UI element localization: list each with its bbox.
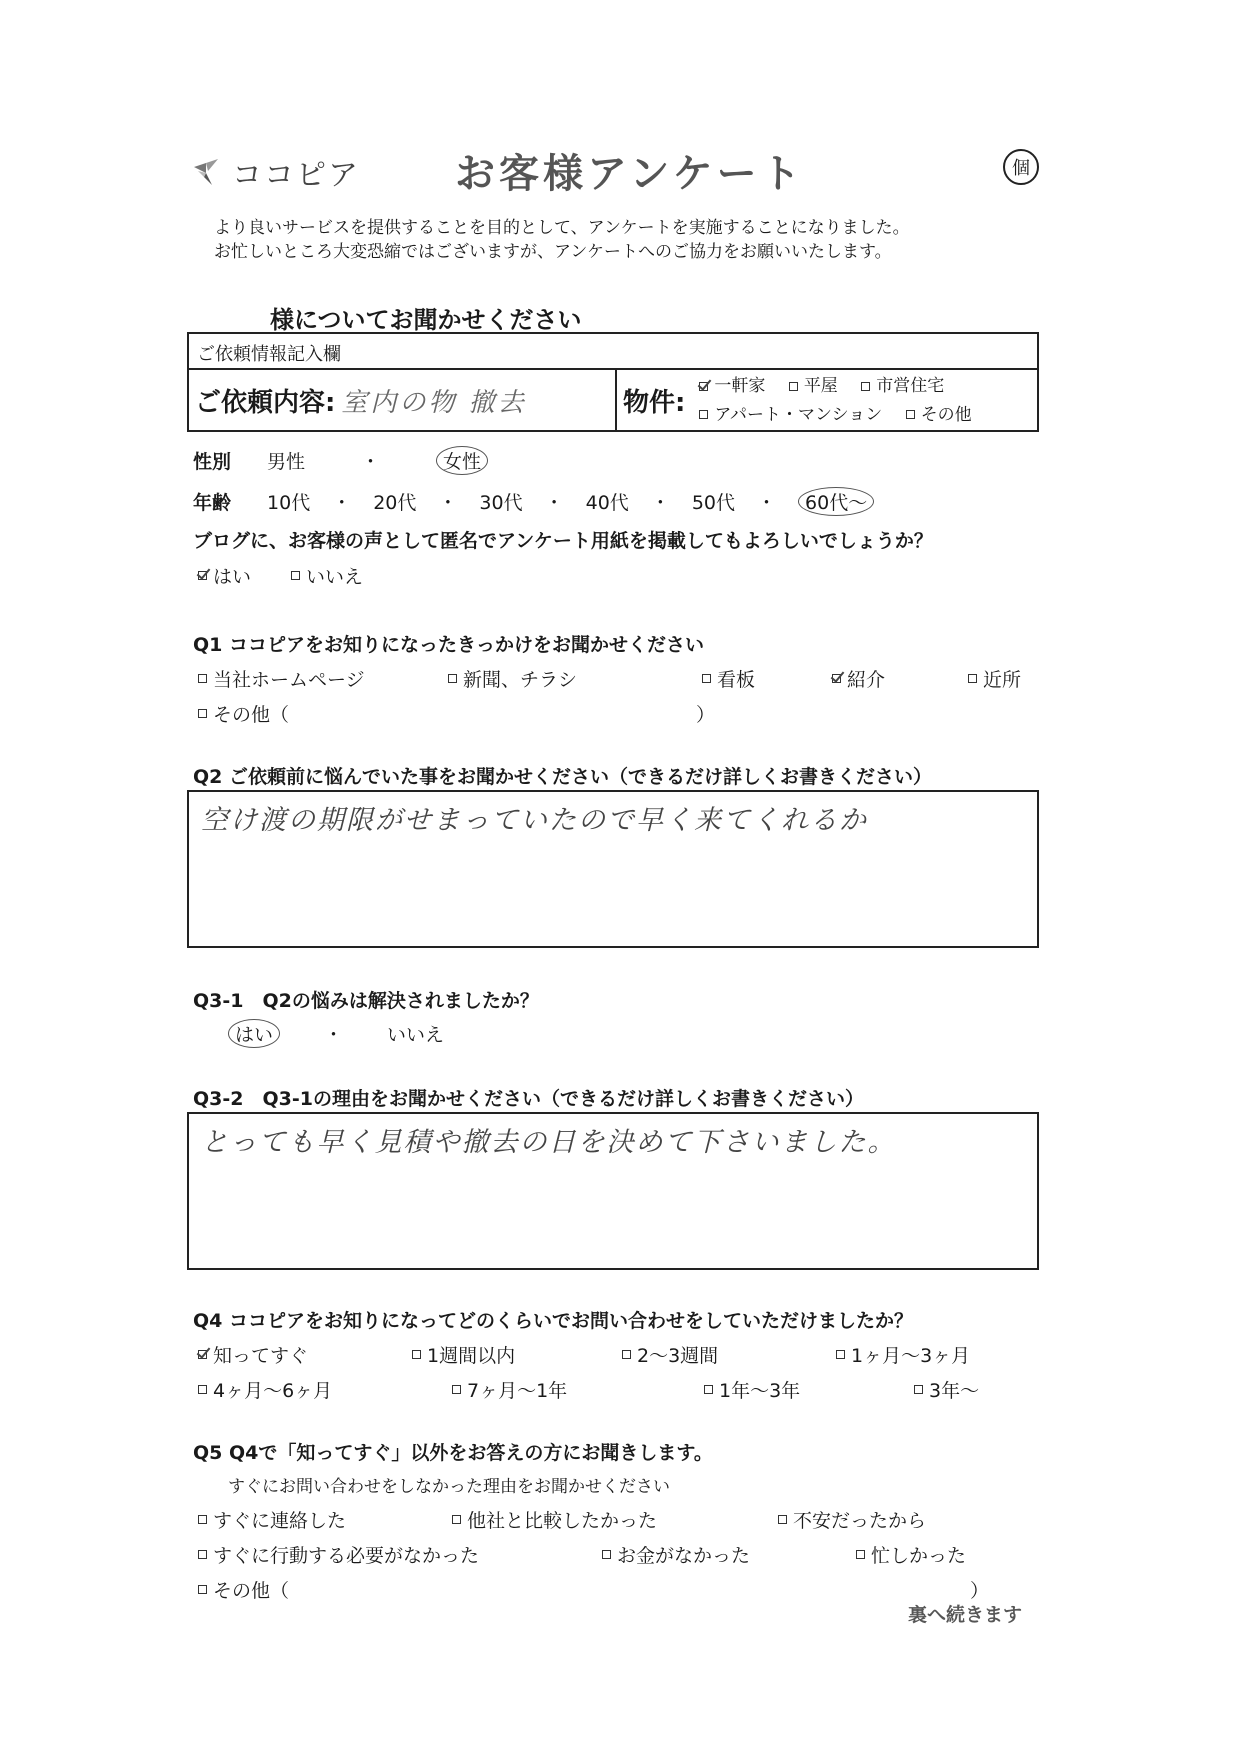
page-title: お客様アンケート — [455, 142, 805, 199]
q3-1-option-yes[interactable]: はい — [228, 1019, 280, 1048]
blog-consent-options: はい いいえ — [198, 562, 381, 589]
q5-options-row3: その他（ ） — [198, 1576, 989, 1603]
q4-options-row1: 知ってすぐ 1週間以内 2～3週間 1ヶ月～3ヶ月 — [198, 1341, 988, 1368]
gender-label: 性別 — [193, 447, 231, 474]
checkbox-icon[interactable] — [198, 709, 207, 718]
checkbox-icon[interactable] — [602, 1550, 611, 1559]
q5-option-anxious[interactable]: 不安だったから — [778, 1506, 926, 1533]
q5-option-other[interactable]: その他（ — [198, 1576, 952, 1603]
section-heading: 様についてお聞かせください — [270, 300, 582, 335]
property-option-other[interactable]: その他 — [906, 401, 972, 429]
blog-consent-no[interactable]: いいえ — [291, 562, 363, 589]
q5-question: Q5 Q4で「知ってすぐ」以外をお答えの方にお聞きします。 — [193, 1438, 713, 1465]
checkbox-icon[interactable] — [836, 1350, 845, 1359]
q1-option-neighborhood[interactable]: 近所 — [968, 665, 1021, 692]
checkbox-icon[interactable] — [704, 1385, 713, 1394]
q4-option-4-6-months[interactable]: 4ヶ月～6ヶ月 — [198, 1376, 434, 1403]
property-option-apartment[interactable]: アパート・マンション — [699, 401, 882, 429]
checkbox-checked-icon[interactable] — [699, 382, 708, 391]
checkbox-icon[interactable] — [906, 410, 915, 419]
request-label: ご依頼内容: — [195, 382, 335, 419]
request-info-table: ご依頼情報記入欄 ご依頼内容: 室内の物 撤去 物件: 一軒家 平屋 市営住宅 … — [187, 332, 1039, 432]
q2-answer-box[interactable]: 空け渡の期限がせまっていたので早く来てくれるか — [187, 790, 1039, 948]
intro-text: より良いサービスを提供することを目的として、アンケートを実施することになりました… — [214, 216, 910, 264]
q1-options-row2: その他（ ） — [198, 700, 715, 727]
q5-option-compare-companies[interactable]: 他社と比較したかった — [452, 1506, 760, 1533]
continue-on-back: 裏へ続きます — [908, 1600, 1022, 1627]
property-option-municipal[interactable]: 市営住宅 — [861, 372, 944, 400]
q2-answer: 空け渡の期限がせまっていたので早く来てくれるか — [201, 798, 1025, 837]
q5-option-contacted-immediately[interactable]: すぐに連絡した — [198, 1506, 434, 1533]
info-header: ご依頼情報記入欄 — [189, 334, 1037, 370]
checkbox-icon[interactable] — [968, 674, 977, 683]
logo-text: ココピア — [232, 150, 360, 194]
checkbox-icon[interactable] — [789, 382, 798, 391]
blog-consent-question: ブログに、お客様の声として匿名でアンケート用紙を掲載してもよろしいでしょうか？ — [193, 526, 933, 553]
checkbox-icon[interactable] — [291, 571, 300, 580]
checkbox-icon[interactable] — [198, 1550, 207, 1559]
q4-option-within-week[interactable]: 1週間以内 — [412, 1341, 604, 1368]
q4-options-row2: 4ヶ月～6ヶ月 7ヶ月～1年 1年～3年 3年～ — [198, 1376, 997, 1403]
q1-option-referral[interactable]: 紹介 — [832, 665, 950, 692]
q4-option-immediately[interactable]: 知ってすぐ — [198, 1341, 394, 1368]
q5-option-no-money[interactable]: お金がなかった — [602, 1541, 838, 1568]
request-value[interactable]: 室内の物 撤去 — [341, 382, 526, 419]
intro-line-2: お忙しいところ大変恐縮ではございますが、アンケートへのご協力をお願いいたします。 — [214, 240, 910, 264]
checkbox-icon[interactable] — [448, 674, 457, 683]
age-row: 年齢 10代 ・ 20代 ・ 30代 ・ 40代 ・ 50代 ・ 60代～ — [193, 487, 874, 516]
q4-option-1-3-years[interactable]: 1年～3年 — [704, 1376, 896, 1403]
q5-other-close: ） — [970, 1576, 989, 1603]
checkbox-checked-icon[interactable] — [832, 674, 841, 683]
q1-option-signboard[interactable]: 看板 — [702, 665, 814, 692]
checkbox-icon[interactable] — [622, 1350, 631, 1359]
property-option-single-story[interactable]: 平屋 — [789, 372, 838, 400]
q3-2-question: Q3-2 Q3-1の理由をお聞かせください（できるだけ詳しくお書きください） — [193, 1084, 864, 1111]
checkbox-icon[interactable] — [861, 382, 870, 391]
age-option-10s[interactable]: 10代 — [267, 488, 310, 515]
q1-other-close: ） — [696, 700, 715, 727]
q4-question: Q4 ココピアをお知りになってどのくらいでお問い合わせをしていただけましたか？ — [193, 1306, 913, 1333]
checkbox-icon[interactable] — [702, 674, 711, 683]
q3-1-option-no[interactable]: いいえ — [387, 1020, 444, 1047]
gender-row: 性別 男性 ・ 女性 — [193, 446, 488, 475]
age-option-60s-plus[interactable]: 60代～ — [798, 487, 874, 516]
q3-1-question: Q3-1 Q2の悩みは解決されましたか？ — [193, 986, 539, 1013]
bird-logo-icon — [192, 157, 226, 187]
q1-option-newspaper[interactable]: 新聞、チラシ — [448, 665, 684, 692]
checkbox-icon[interactable] — [198, 674, 207, 683]
q5-option-busy[interactable]: 忙しかった — [856, 1541, 966, 1568]
gender-option-female[interactable]: 女性 — [436, 446, 488, 475]
q5-subtext: すぐにお問い合わせをしなかった理由をお聞かせください — [228, 1472, 670, 1497]
age-option-30s[interactable]: 30代 — [479, 488, 522, 515]
checkbox-icon[interactable] — [914, 1385, 923, 1394]
q5-options-row1: すぐに連絡した 他社と比較したかった 不安だったから — [198, 1506, 944, 1533]
intro-line-1: より良いサービスを提供することを目的として、アンケートを実施することになりました… — [214, 216, 910, 240]
brand-logo: ココピア — [192, 150, 360, 194]
age-option-20s[interactable]: 20代 — [373, 488, 416, 515]
checkbox-icon[interactable] — [856, 1550, 865, 1559]
property-cell: 物件: 一軒家 平屋 市営住宅 アパート・マンション その他 — [617, 370, 1037, 430]
property-option-house[interactable]: 一軒家 — [699, 372, 765, 400]
age-option-50s[interactable]: 50代 — [692, 488, 735, 515]
checkbox-icon[interactable] — [412, 1350, 421, 1359]
property-label: 物件: — [623, 382, 685, 419]
q1-option-homepage[interactable]: 当社ホームページ — [198, 665, 430, 692]
q3-1-options: はい ・ いいえ — [228, 1019, 444, 1048]
q1-question: Q1 ココピアをお知りになったきっかけをお聞かせください — [193, 630, 704, 657]
checkbox-icon[interactable] — [699, 410, 708, 419]
q5-option-no-need[interactable]: すぐに行動する必要がなかった — [198, 1541, 584, 1568]
q3-2-answer: とっても早く見積や撤去の日を決めて下さいました。 — [201, 1120, 1025, 1159]
q1-options-row1: 当社ホームページ 新聞、チラシ 看板 紹介 近所 — [198, 665, 1039, 692]
checkbox-icon[interactable] — [198, 1515, 207, 1524]
checkbox-icon[interactable] — [198, 1585, 207, 1594]
q5-options-row2: すぐに行動する必要がなかった お金がなかった 忙しかった — [198, 1541, 984, 1568]
checkbox-checked-icon[interactable] — [198, 1350, 207, 1359]
age-label: 年齢 — [193, 488, 231, 515]
checkbox-icon[interactable] — [778, 1515, 787, 1524]
checkbox-icon[interactable] — [198, 1385, 207, 1394]
request-cell: ご依頼内容: 室内の物 撤去 — [189, 370, 617, 430]
q4-option-1-3-months[interactable]: 1ヶ月～3ヶ月 — [836, 1341, 970, 1368]
q4-option-7-months-1-year[interactable]: 7ヶ月～1年 — [452, 1376, 686, 1403]
q1-option-other[interactable]: その他（ — [198, 700, 678, 727]
personal-mark: 個 — [1003, 149, 1039, 185]
checkbox-icon[interactable] — [452, 1385, 461, 1394]
q2-question: Q2 ご依頼前に悩んでいた事をお聞かせください（できるだけ詳しくお書きください） — [193, 762, 932, 789]
checkbox-checked-icon[interactable] — [198, 571, 207, 580]
checkbox-icon[interactable] — [452, 1515, 461, 1524]
gender-option-male[interactable]: 男性 — [267, 447, 305, 474]
q3-2-answer-box[interactable]: とっても早く見積や撤去の日を決めて下さいました。 — [187, 1112, 1039, 1270]
blog-consent-yes[interactable]: はい — [198, 562, 251, 589]
q4-option-2-3-weeks[interactable]: 2～3週間 — [622, 1341, 818, 1368]
q4-option-3-years-plus[interactable]: 3年～ — [914, 1376, 979, 1403]
age-option-40s[interactable]: 40代 — [586, 488, 629, 515]
